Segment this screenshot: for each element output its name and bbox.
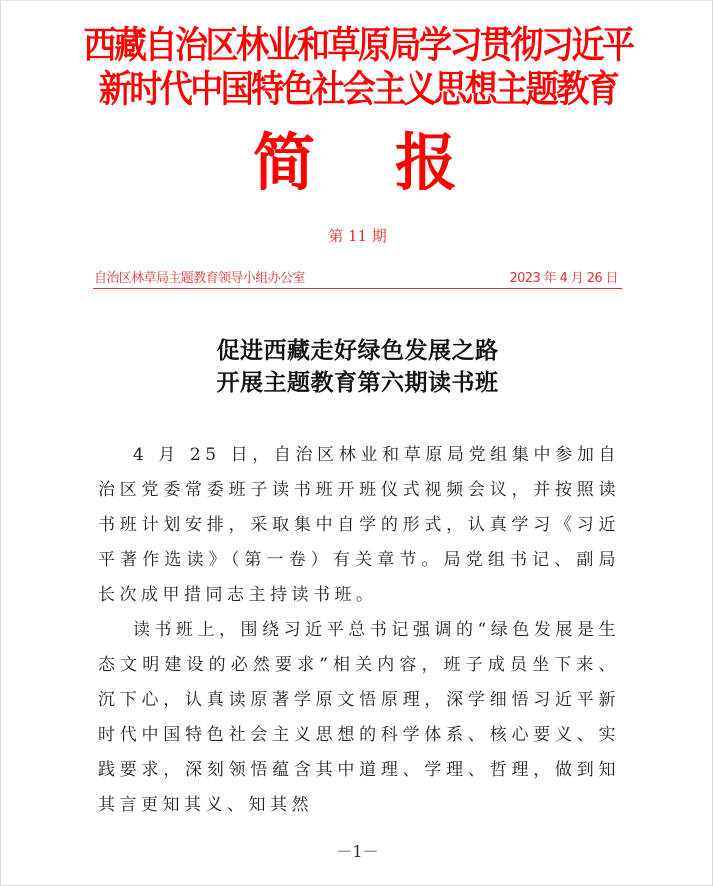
article-title-line-1: 促进西藏走好绿色发展之路 bbox=[1, 336, 713, 366]
masthead-line-2: 新时代中国特色社会主义思想主题教育 bbox=[83, 67, 633, 112]
issue-date: 2023 年 4 月 26 日 bbox=[509, 267, 618, 286]
article-paragraph: 读书班上，围绕习近平总书记强调的“绿色发展是生态文明建设的必然要求”相关内容，班… bbox=[98, 613, 620, 823]
bulletin-title-char-2: 报 bbox=[395, 123, 457, 203]
article-paragraph: 4 月 25 日，自治区林业和草原局党组集中参加自治区党委常委班子读书班开班仪式… bbox=[98, 438, 620, 613]
article-body: 4 月 25 日，自治区林业和草原局党组集中参加自治区党委常委班子读书班开班仪式… bbox=[98, 438, 620, 823]
issuer-row: 自治区林草局主题教育领导小组办公室 2023 年 4 月 26 日 bbox=[94, 267, 622, 287]
document-page: 西藏自治区林业和草原局学习贯彻习近平 新时代中国特色社会主义思想主题教育 简 报… bbox=[0, 0, 713, 886]
red-divider-rule bbox=[93, 288, 622, 289]
bulletin-title: 简 报 bbox=[1, 123, 713, 203]
issuer-name: 自治区林草局主题教育领导小组办公室 bbox=[94, 267, 305, 286]
issue-number: 第 11 期 bbox=[1, 225, 713, 246]
page-number: －1－ bbox=[1, 839, 713, 862]
article-title-line-2: 开展主题教育第六期读书班 bbox=[1, 368, 713, 398]
masthead-line-1: 西藏自治区林业和草原局学习贯彻习近平 bbox=[83, 23, 633, 68]
bulletin-title-char-1: 简 bbox=[253, 123, 315, 203]
